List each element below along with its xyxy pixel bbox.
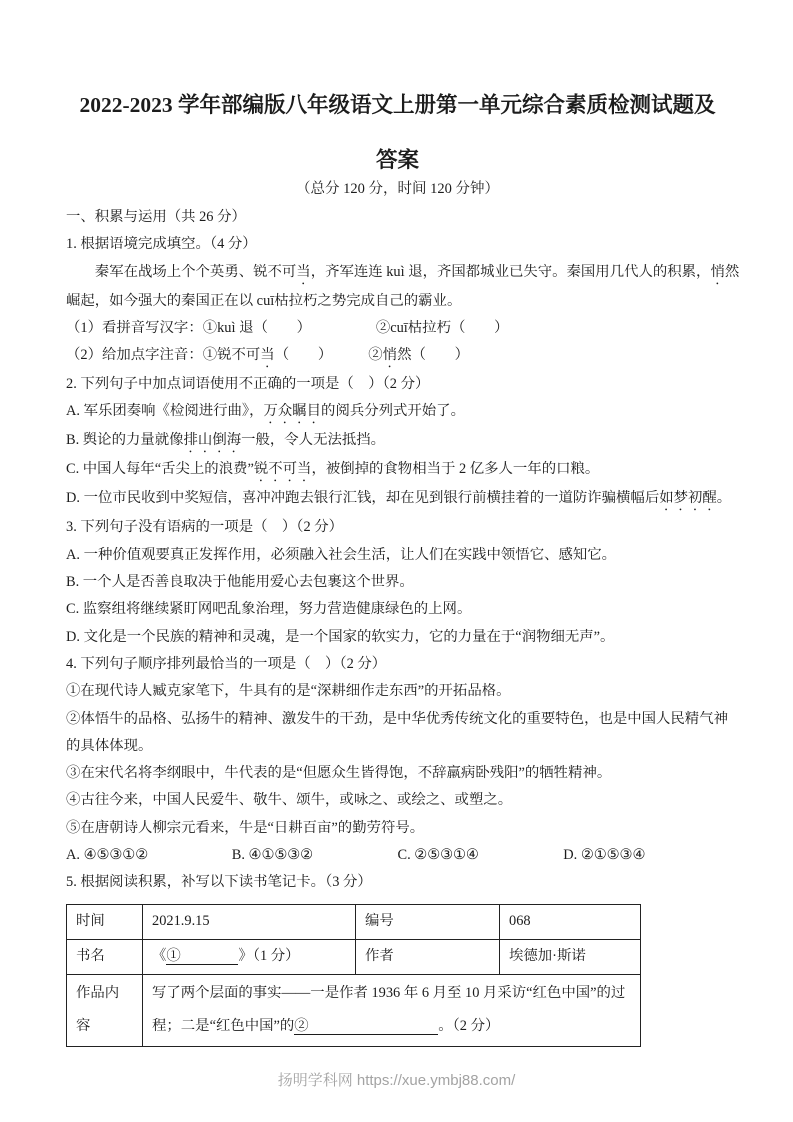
text-segment: 2. 下列句子中加点词语使用不正确的一项是（ ）（2 分） [66,376,429,392]
emphasized-text: 如梦初醒 [659,490,717,506]
watermark-footer: 扬明学科网 https://xue.ymbj88.com/ [0,1069,793,1090]
emphasized-text: 当 [296,264,310,280]
text-segment: 的阅兵分列式开始了。 [321,403,465,419]
fill-in-blank: ② [294,1018,438,1035]
text-segment: ，被倒掉的食物相当于 2 亿多人一年的口粮。 [311,461,599,477]
choice-option: B. ④①⑤③② [232,842,398,869]
text-segment: ②体悟牛的品格、弘扬牛的精神、激发牛的干劲，是中华优秀传统文化的重要特色，也是中… [66,711,728,727]
text-segment: 。 [717,490,731,506]
option-c: C. 中国人每年“舌尖上的浪费”锐不可当，被倒掉的食物相当于 2 亿多人一年的口… [66,456,729,485]
text-segment: 然（ ） [397,347,469,363]
text-segment: 秦军在战场上个个英勇、锐不可 [95,264,296,280]
label-content: 作品内容 [67,974,143,1046]
option-d: D. 一位市民收到中奖短信，喜冲冲跑去银行汇钱，却在见到银行前横挂着的一道防诈骗… [66,485,729,514]
label-time: 时间 [67,904,143,939]
emphasized-text: 悄 [710,264,724,280]
text-segment: 1. 根据语境完成填空。（4 分） [66,236,257,252]
table-row: 书名 《① 》（1 分） 作者 埃德加·斯诺 [67,939,641,974]
sentence-4: ④古往今来，中国人民爱牛、敬牛、颂牛，或咏之、或绘之、或塑之。 [66,787,729,814]
text-segment: 一般，令人无法抵挡。 [241,432,385,448]
question-1: 1. 根据语境完成填空。（4 分） [66,231,729,258]
text-segment: （1）看拼音写汉字：①kuì 退（ ） [66,320,304,336]
text-segment: C. 监察组将继续紧盯网吧乱象治理，努力营造健康绿色的上网。 [66,601,471,617]
fill-in-blank: ① [166,948,238,965]
choice-option: D. ②①⑤③④ [563,842,729,869]
value-author: 埃德加·斯诺 [500,939,641,974]
reading-note-card-table: 时间 2021.9.15 编号 068 书名 《① 》（1 分） 作者 埃德加·… [66,904,641,1047]
text-segment: B. 舆论的力量就像 [66,432,184,448]
choice-option: A. ④⑤③①② [66,842,232,869]
document-title: 2022-2023 学年部编版八年级语文上册第一单元综合素质检测试题及 答案 [66,92,729,173]
emphasized-text: 排山倒海 [184,432,242,448]
text-segment: 》（1 分） [238,948,299,964]
title-line-1: 2022-2023 学年部编版八年级语文上册第一单元综合素质检测试题及 [66,92,729,118]
passage-line-2: 崛起，如今强大的秦国正在以 cuī枯拉朽之势完成自己的霸业。 [66,288,729,315]
option-d: D. 文化是一个民族的精神和灵魂，是一个国家的软实力，它的力量在于“润物细无声”… [66,624,729,651]
sentence-5: ⑤在唐朝诗人柳宗元看来，牛是“日耕百亩”的勤劳符号。 [66,815,729,842]
text-segment: 3. 下列句子没有语病的一项是（ ）（2 分） [66,519,343,535]
option-b: B. 舆论的力量就像排山倒海一般，令人无法抵挡。 [66,427,729,456]
option-a: A. 军乐团奏响《检阅进行曲》，万众瞩目的阅兵分列式开始了。 [66,398,729,427]
choice-option: C. ②⑤③①④ [398,842,564,869]
question-2: 2. 下列句子中加点词语使用不正确的一项是（ ）（2 分） [66,371,729,398]
text-segment: 一、积累与运用（共 26 分） [66,209,246,225]
value-time: 2021.9.15 [143,904,356,939]
value-book-blank: 《① 》（1 分） [143,939,356,974]
emphasized-text: 悄 [383,347,397,363]
text-segment: C. 中国人每年“舌尖上的浪费” [66,461,254,477]
sub-question-1: （1）看拼音写汉字：①kuì 退（ ） ②cuī枯拉朽（ ） [66,315,729,342]
text-segment: 4. 下列句子顺序排列最恰当的一项是（ ）（2 分） [66,656,386,672]
emphasized-text: 当 [260,347,274,363]
text-segment: 《 [152,948,166,964]
text-segment: ④古往今来，中国人民爱牛、敬牛、颂牛，或咏之、或绘之、或塑之。 [66,792,512,808]
text-segment: D. 文化是一个民族的精神和灵魂，是一个国家的软实力，它的力量在于“润物细无声”… [66,629,614,645]
text-segment: ，齐军连连 kuì 退，齐国都城业已失守。秦国用几代人的积累， [311,264,711,280]
option-c: C. 监察组将继续紧盯网吧乱象治理，努力营造健康绿色的上网。 [66,596,729,623]
text-segment: ①在现代诗人臧克家笔下，牛具有的是“深耕细作走东西”的开拓品格。 [66,683,511,699]
label-author: 作者 [356,939,500,974]
sentence-2: ②体悟牛的品格、弘扬牛的精神、激发牛的干劲，是中华优秀传统文化的重要特色，也是中… [66,706,729,733]
value-number: 068 [500,904,641,939]
choice-row: A. ④⑤③①②B. ④①⑤③②C. ②⑤③①④D. ②①⑤③④ [66,842,729,869]
emphasized-text: 万众瞩目 [263,403,321,419]
section-heading: 一、积累与运用（共 26 分） [66,204,729,231]
text-segment: （2）给加点字注音：①锐不可 [66,347,260,363]
sentence-2-cont: 的具体体现。 [66,733,729,760]
text-segment: A. 一种价值观要真正发挥作用，必须融入社会生活，让人们在实践中领悟它、感知它。 [66,547,616,563]
option-b: B. 一个人是否善良取决于他能用爱心去包裹这个世界。 [66,569,729,596]
table-row: 时间 2021.9.15 编号 068 [67,904,641,939]
question-4: 4. 下列句子顺序排列最恰当的一项是（ ）（2 分） [66,651,729,678]
text-segment: A. 军乐团奏响《检阅进行曲》， [66,403,263,419]
sub-question-2: （2）给加点字注音：①锐不可当（ ） ②悄然（ ） [66,342,729,371]
label-book: 书名 [67,939,143,974]
text-segment [325,347,368,363]
text-segment: （ ） [275,347,325,363]
question-5: 5. 根据阅读积累，补写以下读书笔记卡。（3 分） [66,869,729,896]
text-segment: 然 [725,264,739,280]
text-segment: ⑤在唐朝诗人柳宗元看来，牛是“日耕百亩”的勤劳符号。 [66,820,424,836]
option-a: A. 一种价值观要真正发挥作用，必须融入社会生活，让人们在实践中领悟它、感知它。 [66,542,729,569]
text-segment: ③在宋代名将李纲眼中，牛代表的是“但愿众生皆得饱，不辞羸病卧残阳”的牺牲精神。 [66,765,611,781]
text-segment: ② [368,347,382,363]
emphasized-text: 锐不可当 [254,461,312,477]
text-segment: 的具体体现。 [66,738,152,754]
exam-document-page: 2022-2023 学年部编版八年级语文上册第一单元综合素质检测试题及 答案 （… [0,0,793,1122]
title-line-2: 答案 [66,147,729,173]
exam-meta-line: （总分 120 分，时间 120 分钟） [66,179,729,200]
value-content-blank: 写了两个层面的事实——一是作者 1936 年 6 月至 10 月采访“红色中国”… [143,974,641,1046]
body-lines: 一、积累与运用（共 26 分）1. 根据语境完成填空。（4 分）秦军在战场上个个… [66,204,729,897]
text-segment: ②cuī枯拉朽（ ） [376,320,509,336]
passage-line-1: 秦军在战场上个个英勇、锐不可当，齐军连连 kuì 退，齐国都城业已失守。秦国用几… [66,259,729,288]
text-segment: 5. 根据阅读积累，补写以下读书笔记卡。（3 分） [66,874,372,890]
label-number: 编号 [356,904,500,939]
sentence-1: ①在现代诗人臧克家笔下，牛具有的是“深耕细作走东西”的开拓品格。 [66,678,729,705]
text-segment: 。（2 分） [438,1018,499,1034]
sentence-3: ③在宋代名将李纲眼中，牛代表的是“但愿众生皆得饱，不辞羸病卧残阳”的牺牲精神。 [66,760,729,787]
text-segment: B. 一个人是否善良取决于他能用爱心去包裹这个世界。 [66,574,414,590]
text-segment [304,320,376,336]
table-row: 作品内容 写了两个层面的事实——一是作者 1936 年 6 月至 10 月采访“… [67,974,641,1046]
text-segment: D. 一位市民收到中奖短信，喜冲冲跑去银行汇钱，却在见到银行前横挂着的一道防诈骗… [66,490,659,506]
text-segment: 崛起，如今强大的秦国正在以 cuī枯拉朽之势完成自己的霸业。 [66,293,461,309]
question-3: 3. 下列句子没有语病的一项是（ ）（2 分） [66,514,729,541]
document-content: 2022-2023 学年部编版八年级语文上册第一单元综合素质检测试题及 答案 （… [0,0,793,1047]
